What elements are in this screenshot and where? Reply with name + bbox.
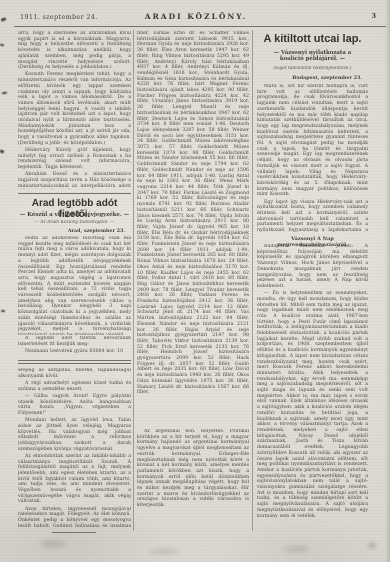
scan-stain <box>150 548 180 555</box>
body-paragraph: — Én is helytelenítem az eseményeket, mo… <box>257 291 368 519</box>
column-divider <box>133 30 134 531</box>
page-header: 1911. szeptember 24. ARADI KÖZLÖNY. 3 <box>16 11 376 25</box>
section-rule <box>18 193 131 194</box>
body-paragraph: Budapesti tudósítónk jelenti: A képvisel… <box>257 244 368 290</box>
margin-mark <box>0 149 4 153</box>
body-paragraph: Holta az adókivetési bizottság csak ma r… <box>18 236 131 335</box>
article-subhead: — Készül a virilisták névjegyzéke. — <box>18 212 131 218</box>
col3-body-lower: Budapesti tudósítónk jelenti: A képvisel… <box>257 244 368 530</box>
column-divider <box>252 30 253 531</box>
feuilleton-paragraph: Azon hirtelen, ingyenesnél mozsgójával r… <box>18 507 131 527</box>
double-rule <box>18 360 131 361</box>
tax-list-entry: Neumann testvérek gyára 63064 kor. 10 <box>18 349 131 355</box>
feuilleton-paragraph: — Gálba vagyok Áront! Egyre pályázni uta… <box>18 394 131 417</box>
margin-mark <box>1 17 7 22</box>
newspaper-scan-page: 1911. szeptember 24. ARADI KÖZLÖNY. 3 ar… <box>0 0 390 562</box>
margin-mark <box>0 44 4 47</box>
feuilleton-paragraph: A régi udvarhelyt egészen közel tudná és… <box>18 381 131 392</box>
col1-article-body: Holta az adókivetési bizottság csak ma r… <box>18 236 131 335</box>
feuilleton-paragraph: Az elmondottak szerint az inkább-inkább … <box>18 454 131 505</box>
margin-mark <box>2 92 7 95</box>
double-rule <box>18 363 131 364</box>
col3-body-upper: Mára is, sőt hír szerint holnapra is, vá… <box>257 84 368 233</box>
masthead: ARADI KÖZLÖNY. <box>16 12 376 21</box>
article-headline: A kitiltott utcai lap. <box>257 33 368 45</box>
col1-list-start: A legtöbb adót fizetők névsorának ismert… <box>18 336 131 358</box>
body-paragraph: Az argentínai kon. helyettes. Politikai … <box>137 429 249 507</box>
col1-top-text: arra, hogy a szerződés az átiratokban kí… <box>18 31 131 189</box>
header-rule <box>14 26 386 27</box>
scan-stain <box>285 545 309 553</box>
byline-credit: (Saját tudósítónk telefonjelentése.) <box>257 66 368 71</box>
body-paragraph: arra, hogy a szerződés az átiratokban kí… <box>18 31 131 71</box>
col1-feuilleton: erejéig az állítgatás, fillérke, hajland… <box>18 368 131 527</box>
dateline: Arad, szeptember 23. <box>18 228 131 234</box>
body-paragraph: Ábrahám Dezső és a minisztertanács tagja… <box>18 172 131 189</box>
body-paragraph: Mára is, sőt hír szerint holnapra is, vá… <box>257 84 368 198</box>
list-intro: A legtöbb adót fizetők névsorának ismert… <box>18 336 131 347</box>
article-subhead: — Vázsonyi nyilatkozata a koalíció példá… <box>257 50 368 63</box>
feuilleton-paragraph: Mondani kellett, az ügyvéd lova. Talán s… <box>18 418 131 452</box>
scan-stain <box>40 540 66 548</box>
scan-stain <box>368 543 376 548</box>
feuilleton-paragraph: erejéig az állítgatás, fillérke, hajland… <box>18 368 131 379</box>
page-number: 3 <box>371 12 376 20</box>
tax-list-text: fillér, Farkas Ernő dr. és Schäffer Vilm… <box>137 31 249 396</box>
body-paragraph: Egy lapot így vissza Héderváry-nak azt a… <box>257 200 368 233</box>
col2-closing: Az argentínai kon. helyettes. Politikai … <box>137 429 249 507</box>
col2-tax-list: fillér, Farkas Ernő dr. és Schäffer Vilm… <box>137 31 249 422</box>
scan-edge-shadow <box>385 0 390 562</box>
end-rule <box>52 532 96 533</box>
dateline: Budapest, szeptember 23. <box>257 75 368 81</box>
body-paragraph: Kossuth Ferenc megkérdezi tehát, hogy a … <box>18 72 131 146</box>
margin-mark <box>1 310 5 312</box>
byline-credit: — Az Aradi Közlöny tudósítójától. — <box>18 220 131 225</box>
body-paragraph: Héderváry Károly gróf kijelenti, hogy mi… <box>18 148 131 171</box>
